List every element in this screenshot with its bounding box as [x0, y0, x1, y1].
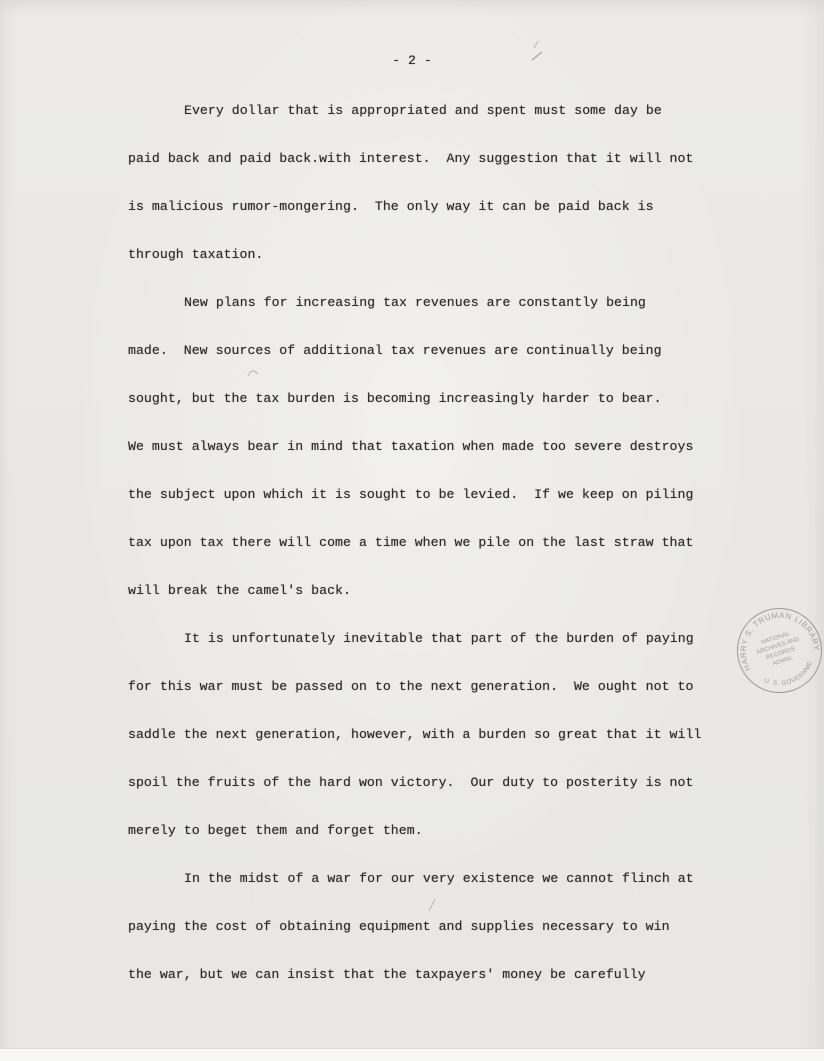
text-line: saddle the next generation, however, wit… [128, 711, 748, 759]
scan-edge-band [0, 1048, 824, 1061]
text-line: It is unfortunately inevitable that part… [128, 615, 748, 663]
text-line: the war, but we can insist that the taxp… [128, 951, 748, 999]
text-line: through taxation. [128, 231, 748, 279]
text-line: We must always bear in mind that taxatio… [128, 423, 748, 471]
text-line: paid back and paid back.with interest. A… [128, 135, 748, 183]
text-line: paying the cost of obtaining equipment a… [128, 903, 748, 951]
page-number: - 2 - [0, 37, 824, 85]
text-line: spoil the fruits of the hard won victory… [128, 759, 748, 807]
text-line: tax upon tax there will come a time when… [128, 519, 748, 567]
text-line: for this war must be passed on to the ne… [128, 663, 748, 711]
text-line: is malicious rumor-mongering. The only w… [128, 183, 748, 231]
text-line: will break the camel's back. [128, 567, 748, 615]
text-line: In the midst of a war for our very exist… [128, 855, 748, 903]
document-lines: Every dollar that is appropriated and sp… [128, 87, 748, 999]
text-line: sought, but the tax burden is becoming i… [128, 375, 748, 423]
text-line: Every dollar that is appropriated and sp… [128, 87, 748, 135]
scanned-page: - 2 - Every dollar that is appropriated … [0, 0, 824, 1061]
text-line: New plans for increasing tax revenues ar… [128, 279, 748, 327]
text-line: made. New sources of additional tax reve… [128, 327, 748, 375]
text-line: merely to beget them and forget them. [128, 807, 748, 855]
text-line: the subject upon which it is sought to b… [128, 471, 748, 519]
